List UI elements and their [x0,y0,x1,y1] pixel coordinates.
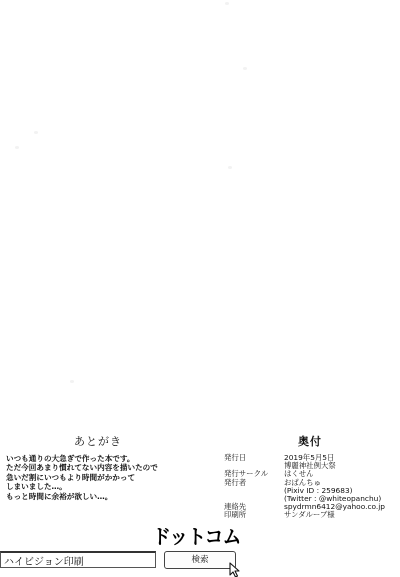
afterword-line: もっと時間に余裕が欲しい…。 [6,492,206,501]
mouse-pointer-icon [229,562,243,577]
search-input[interactable] [0,551,156,568]
printer-logo: ドットコム [152,521,240,549]
colophon-label [224,487,284,495]
paper-speck [15,146,19,149]
afterword-line: ただ今回あまり慣れてない内容を描いたので [6,463,206,472]
paper-speck [70,380,74,383]
paper-speck [225,2,229,5]
paper-speck [243,67,247,70]
colophon-row: 印刷所 サンダルーブ様 [224,511,400,519]
search-button[interactable]: 検索 [164,551,236,569]
paper-speck [228,166,232,169]
colophon-label: 発行者 [224,479,284,487]
afterword-line: 急いだ割にいつもより時間がかかって [6,473,206,482]
paper-speck [34,131,38,134]
afterword-title: あとがき [58,433,138,449]
colophon-label: 印刷所 [224,511,284,519]
colophon-title: 奥付 [290,433,330,449]
afterword-body: いつも通りの大急ぎで作った本です。 ただ今回あまり慣れてない内容を描いたので 急… [6,454,206,501]
colophon-label: 発行日 [224,454,284,462]
colophon-value: サンダルーブ様 [284,511,400,519]
afterword-line: しまいました…。 [6,482,206,491]
colophon-table: 発行日 2019年5月5日 博麗神社例大祭 発行サークル はくせん 発行者 おぱ… [224,454,400,520]
afterword-line: いつも通りの大急ぎで作った本です。 [6,454,206,463]
